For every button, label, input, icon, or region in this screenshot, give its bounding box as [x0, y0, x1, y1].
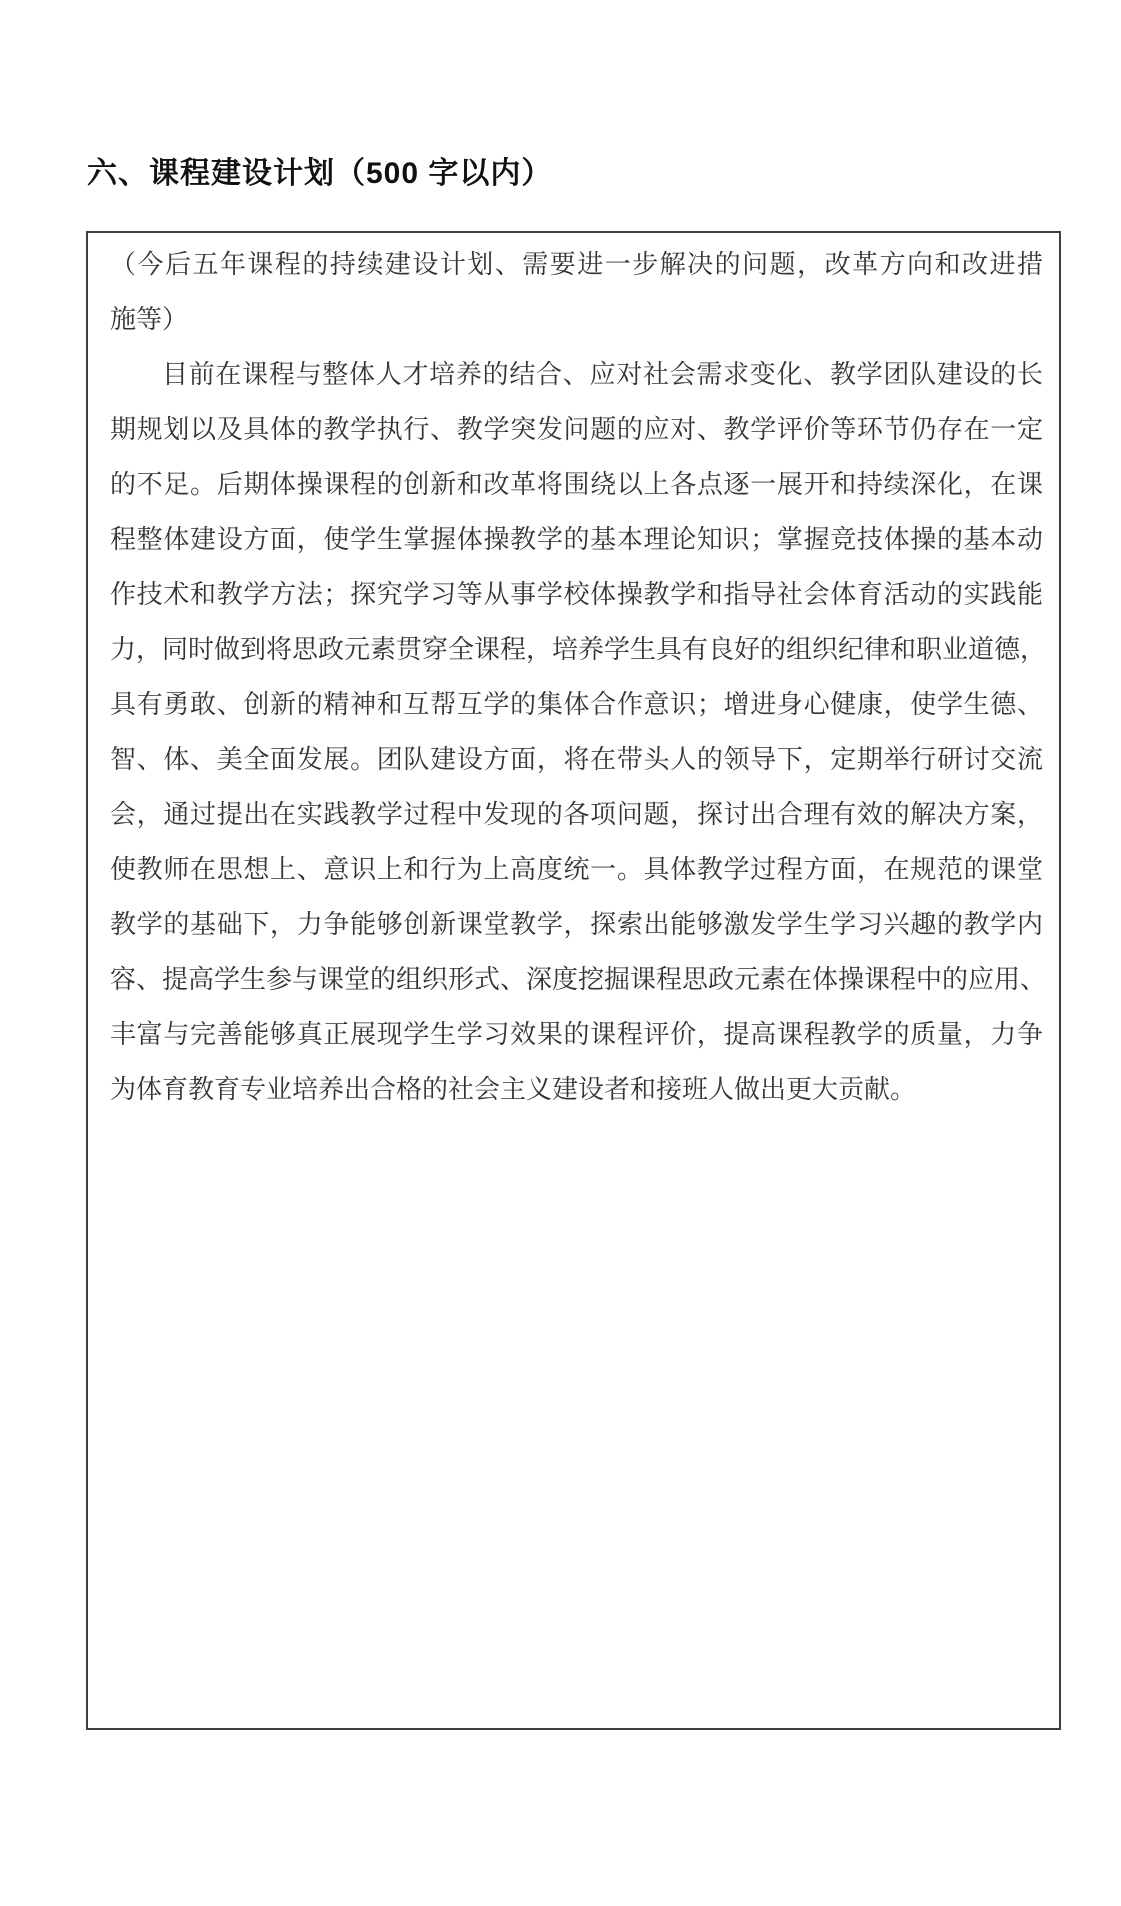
text-line: 目前在课程与整体人才培养的结合、应对社会需求变化、教学团队建设的长	[110, 347, 1043, 402]
text-line: （今后五年课程的持续建设计划、需要进一步解决的问题，改革方向和改进措	[110, 237, 1043, 292]
body-paragraph: 目前在课程与整体人才培养的结合、应对社会需求变化、教学团队建设的长期规划以及具体…	[110, 347, 1043, 1117]
text-line: 作技术和教学方法；探究学习等从事学校体操教学和指导社会体育活动的实践能	[110, 567, 1043, 622]
text-line: 期规划以及具体的教学执行、教学突发问题的应对、教学评价等环节仍存在一定	[110, 402, 1043, 457]
text-line: 力，同时做到将思政元素贯穿全课程，培养学生具有良好的组织纪律和职业道德，	[110, 622, 1043, 677]
text-line: 教学的基础下，力争能够创新课堂教学，探索出能够激发学生学习兴趣的教学内	[110, 897, 1043, 952]
text-line: 智、体、美全面发展。团队建设方面，将在带头人的领导下，定期举行研讨交流	[110, 732, 1043, 787]
document-page: { "page": { "heading": "六、课程建设计划（500 字以内…	[0, 0, 1121, 1906]
text-line: 容、提高学生参与课堂的组织形式、深度挖掘课程思政元素在体操课程中的应用、	[110, 952, 1043, 1007]
text-line: 为体育教育专业培养出合格的社会主义建设者和接班人做出更大贡献。	[110, 1062, 1043, 1117]
text-line: 程整体建设方面，使学生掌握体操教学的基本理论知识；掌握竞技体操的基本动	[110, 512, 1043, 567]
text-line: 具有勇敢、创新的精神和互帮互学的集体合作意识；增进身心健康，使学生德、	[110, 677, 1043, 732]
text-line: 施等）	[110, 292, 1043, 347]
text-line: 会，通过提出在实践教学过程中发现的各项问题，探讨出合理有效的解决方案，	[110, 787, 1043, 842]
text-line: 的不足。后期体操课程的创新和改革将围绕以上各点逐一展开和持续深化，在课	[110, 457, 1043, 512]
section-heading: 六、课程建设计划（500 字以内）	[87, 148, 552, 192]
content-box: （今后五年课程的持续建设计划、需要进一步解决的问题，改革方向和改进措施等） 目前…	[86, 231, 1061, 1730]
text-line: 使教师在思想上、意识上和行为上高度统一。具体教学过程方面，在规范的课堂	[110, 842, 1043, 897]
note-paragraph: （今后五年课程的持续建设计划、需要进一步解决的问题，改革方向和改进措施等）	[110, 237, 1043, 347]
text-line: 丰富与完善能够真正展现学生学习效果的课程评价，提高课程教学的质量，力争	[110, 1007, 1043, 1062]
